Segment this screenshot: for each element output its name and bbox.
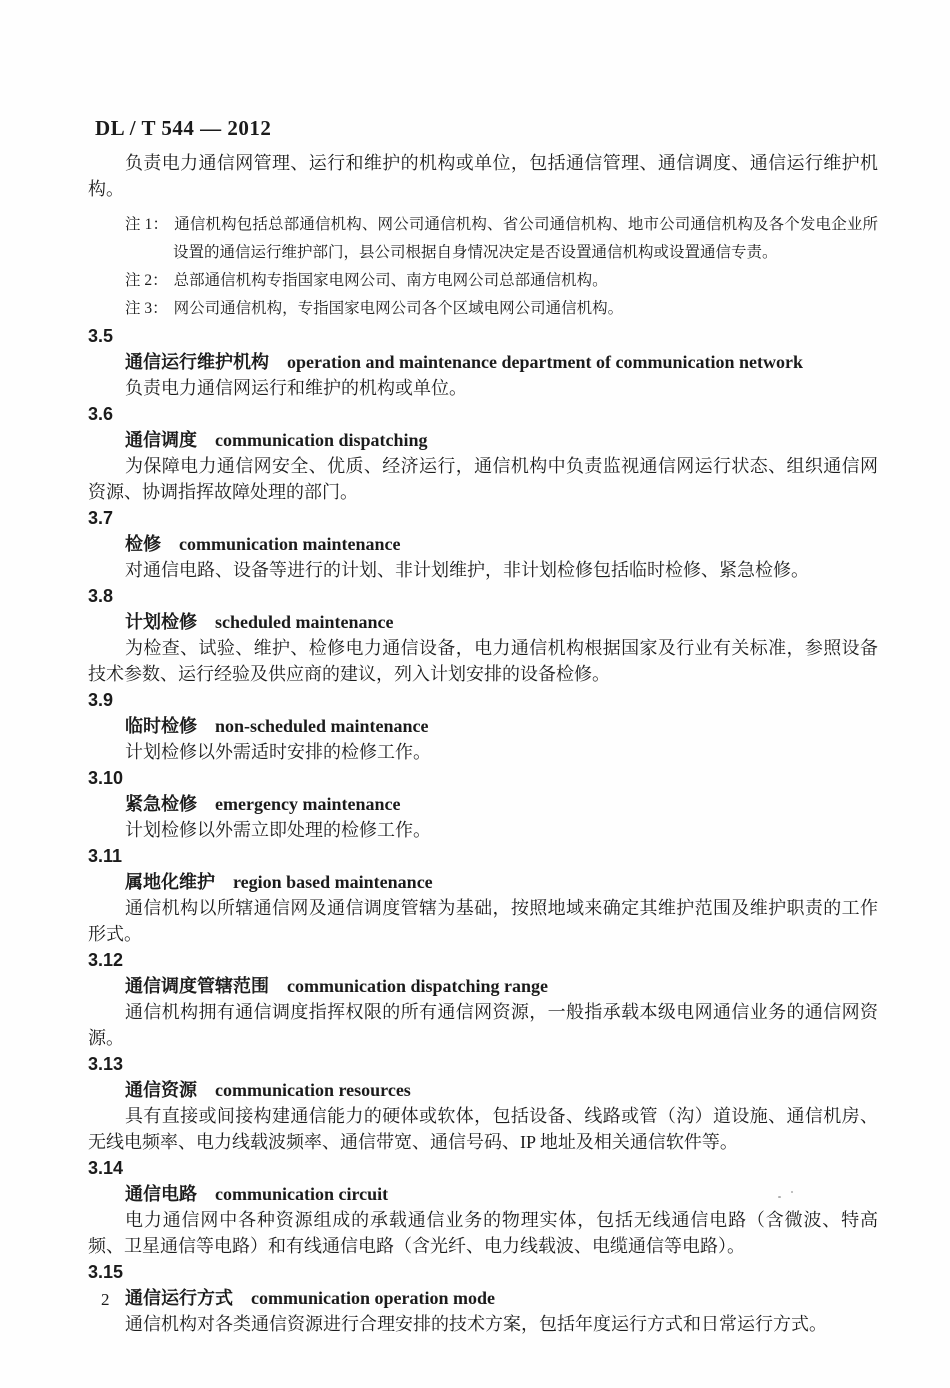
term-heading: 通信资源communication resources: [125, 1077, 878, 1103]
term-definition: 通信机构拥有通信调度指挥权限的所有通信网资源，一般指承载本级电网通信业务的通信网…: [88, 999, 878, 1051]
note-3-label: 注 3：: [125, 300, 174, 317]
term-definition: 电力通信网中各种资源组成的承载通信业务的物理实体，包括无线通信电路（含微波、特高…: [88, 1207, 878, 1259]
clause-number: 3.5: [88, 323, 878, 349]
scan-artifact-dot: [583, 1138, 586, 1141]
term-heading: 属地化维护region based maintenance: [125, 869, 878, 895]
term-en: non-scheduled maintenance: [215, 716, 429, 736]
term-definition: 对通信电路、设备等进行的计划、非计划维护，非计划检修包括临时检修、紧急检修。: [88, 557, 878, 583]
term-en: scheduled maintenance: [215, 612, 394, 632]
term-section-3-5: 3.5 通信运行维护机构operation and maintenance de…: [88, 323, 878, 401]
term-en: region based maintenance: [233, 872, 433, 892]
notes-block: 注 1：通信机构包括总部通信机构、网公司通信机构、省公司通信机构、地市公司通信机…: [88, 211, 878, 323]
term-heading: 计划检修scheduled maintenance: [125, 609, 878, 635]
term-en: communication dispatching range: [287, 976, 548, 996]
term-zh: 临时检修: [125, 716, 197, 736]
term-definition: 计划检修以外需适时安排的检修工作。: [88, 739, 878, 765]
note-2-label: 注 2：: [125, 272, 174, 289]
term-en: communication circuit: [215, 1184, 388, 1204]
term-section-3-15: 3.15 通信运行方式communication operation mode …: [88, 1259, 878, 1337]
note-1: 注 1：通信机构包括总部通信机构、网公司通信机构、省公司通信机构、地市公司通信机…: [125, 211, 878, 267]
note-2-text: 总部通信机构专指国家电网公司、南方电网公司总部通信机构。: [174, 272, 608, 289]
document-page: DL / T 544 — 2012 负责电力通信网管理、运行和维护的机构或单位，…: [0, 0, 950, 1388]
term-zh: 计划检修: [125, 612, 197, 632]
term-definition: 通信机构以所辖通信网及通信调度管辖为基础，按照地域来确定其维护范围及维护职责的工…: [88, 895, 878, 947]
scan-artifact-dot: [791, 1191, 793, 1193]
note-3-text: 网公司通信机构，专指国家电网公司各个区域电网公司通信机构。: [174, 300, 624, 317]
note-1-label: 注 1：: [125, 216, 174, 233]
term-en: communication operation mode: [251, 1288, 495, 1308]
term-definition: 计划检修以外需立即处理的检修工作。: [88, 817, 878, 843]
term-heading: 检修communication maintenance: [125, 531, 878, 557]
term-section-3-14: 3.14 通信电路communication circuit 电力通信网中各种资…: [88, 1155, 878, 1259]
clause-number: 3.8: [88, 583, 878, 609]
term-zh: 检修: [125, 534, 161, 554]
term-section-3-11: 3.11 属地化维护region based maintenance 通信机构以…: [88, 843, 878, 947]
scan-artifact-dot: [778, 1196, 781, 1198]
term-zh: 通信资源: [125, 1080, 197, 1100]
term-en: communication dispatching: [215, 430, 428, 450]
term-section-3-6: 3.6 通信调度communication dispatching 为保障电力通…: [88, 401, 878, 505]
clause-number: 3.15: [88, 1259, 878, 1285]
term-zh: 紧急检修: [125, 794, 197, 814]
term-section-3-12: 3.12 通信调度管辖范围communication dispatching r…: [88, 947, 878, 1051]
term-heading: 紧急检修emergency maintenance: [125, 791, 878, 817]
clause-number: 3.12: [88, 947, 878, 973]
doc-code-header: DL / T 544 — 2012: [95, 116, 271, 141]
clause-number: 3.14: [88, 1155, 878, 1181]
intro-paragraph: 负责电力通信网管理、运行和维护的机构或单位，包括通信管理、通信调度、通信运行维护…: [88, 150, 878, 202]
term-heading: 通信电路communication circuit: [125, 1181, 878, 1207]
term-en: communication maintenance: [179, 534, 400, 554]
clause-number: 3.9: [88, 687, 878, 713]
term-section-3-8: 3.8 计划检修scheduled maintenance 为检查、试验、维护、…: [88, 583, 878, 687]
clause-number: 3.10: [88, 765, 878, 791]
page-number: 2: [101, 1290, 110, 1310]
term-section-3-9: 3.9 临时检修non-scheduled maintenance 计划检修以外…: [88, 687, 878, 765]
clause-number: 3.6: [88, 401, 878, 427]
term-zh: 通信运行维护机构: [125, 352, 269, 372]
term-zh: 通信调度: [125, 430, 197, 450]
term-en: emergency maintenance: [215, 794, 400, 814]
term-section-3-13: 3.13 通信资源communication resources 具有直接或间接…: [88, 1051, 878, 1155]
term-definition: 具有直接或间接构建通信能力的硬体或软体，包括设备、线路或管（沟）道设施、通信机房…: [88, 1103, 878, 1155]
clause-number: 3.11: [88, 843, 878, 869]
term-zh: 通信运行方式: [125, 1288, 233, 1308]
term-en: operation and maintenance department of …: [287, 352, 803, 372]
term-definition: 为检查、试验、维护、检修电力通信设备，电力通信机构根据国家及行业有关标准，参照设…: [88, 635, 878, 687]
term-heading: 通信调度管辖范围communication dispatching range: [125, 973, 878, 999]
clause-number: 3.7: [88, 505, 878, 531]
term-heading: 通信运行方式communication operation mode: [125, 1285, 878, 1311]
term-heading: 通信调度communication dispatching: [125, 427, 878, 453]
note-3: 注 3：网公司通信机构，专指国家电网公司各个区域电网公司通信机构。: [125, 295, 878, 323]
term-definition: 为保障电力通信网安全、优质、经济运行，通信机构中负责监视通信网运行状态、组织通信…: [88, 453, 878, 505]
term-zh: 通信电路: [125, 1184, 197, 1204]
clause-number: 3.13: [88, 1051, 878, 1077]
term-zh: 通信调度管辖范围: [125, 976, 269, 996]
note-2: 注 2：总部通信机构专指国家电网公司、南方电网公司总部通信机构。: [125, 267, 878, 295]
term-heading: 临时检修non-scheduled maintenance: [125, 713, 878, 739]
term-zh: 属地化维护: [125, 872, 215, 892]
document-body: 负责电力通信网管理、运行和维护的机构或单位，包括通信管理、通信调度、通信运行维护…: [88, 150, 878, 1337]
note-1-text: 通信机构包括总部通信机构、网公司通信机构、省公司通信机构、地市公司通信机构及各个…: [173, 216, 878, 261]
term-en: communication resources: [215, 1080, 411, 1100]
term-definition: 通信机构对各类通信资源进行合理安排的技术方案，包括年度运行方式和日常运行方式。: [88, 1311, 878, 1337]
term-definition: 负责电力通信网运行和维护的机构或单位。: [88, 375, 878, 401]
term-section-3-7: 3.7 检修communication maintenance 对通信电路、设备…: [88, 505, 878, 583]
term-heading: 通信运行维护机构operation and maintenance depart…: [125, 349, 878, 375]
term-section-3-10: 3.10 紧急检修emergency maintenance 计划检修以外需立即…: [88, 765, 878, 843]
